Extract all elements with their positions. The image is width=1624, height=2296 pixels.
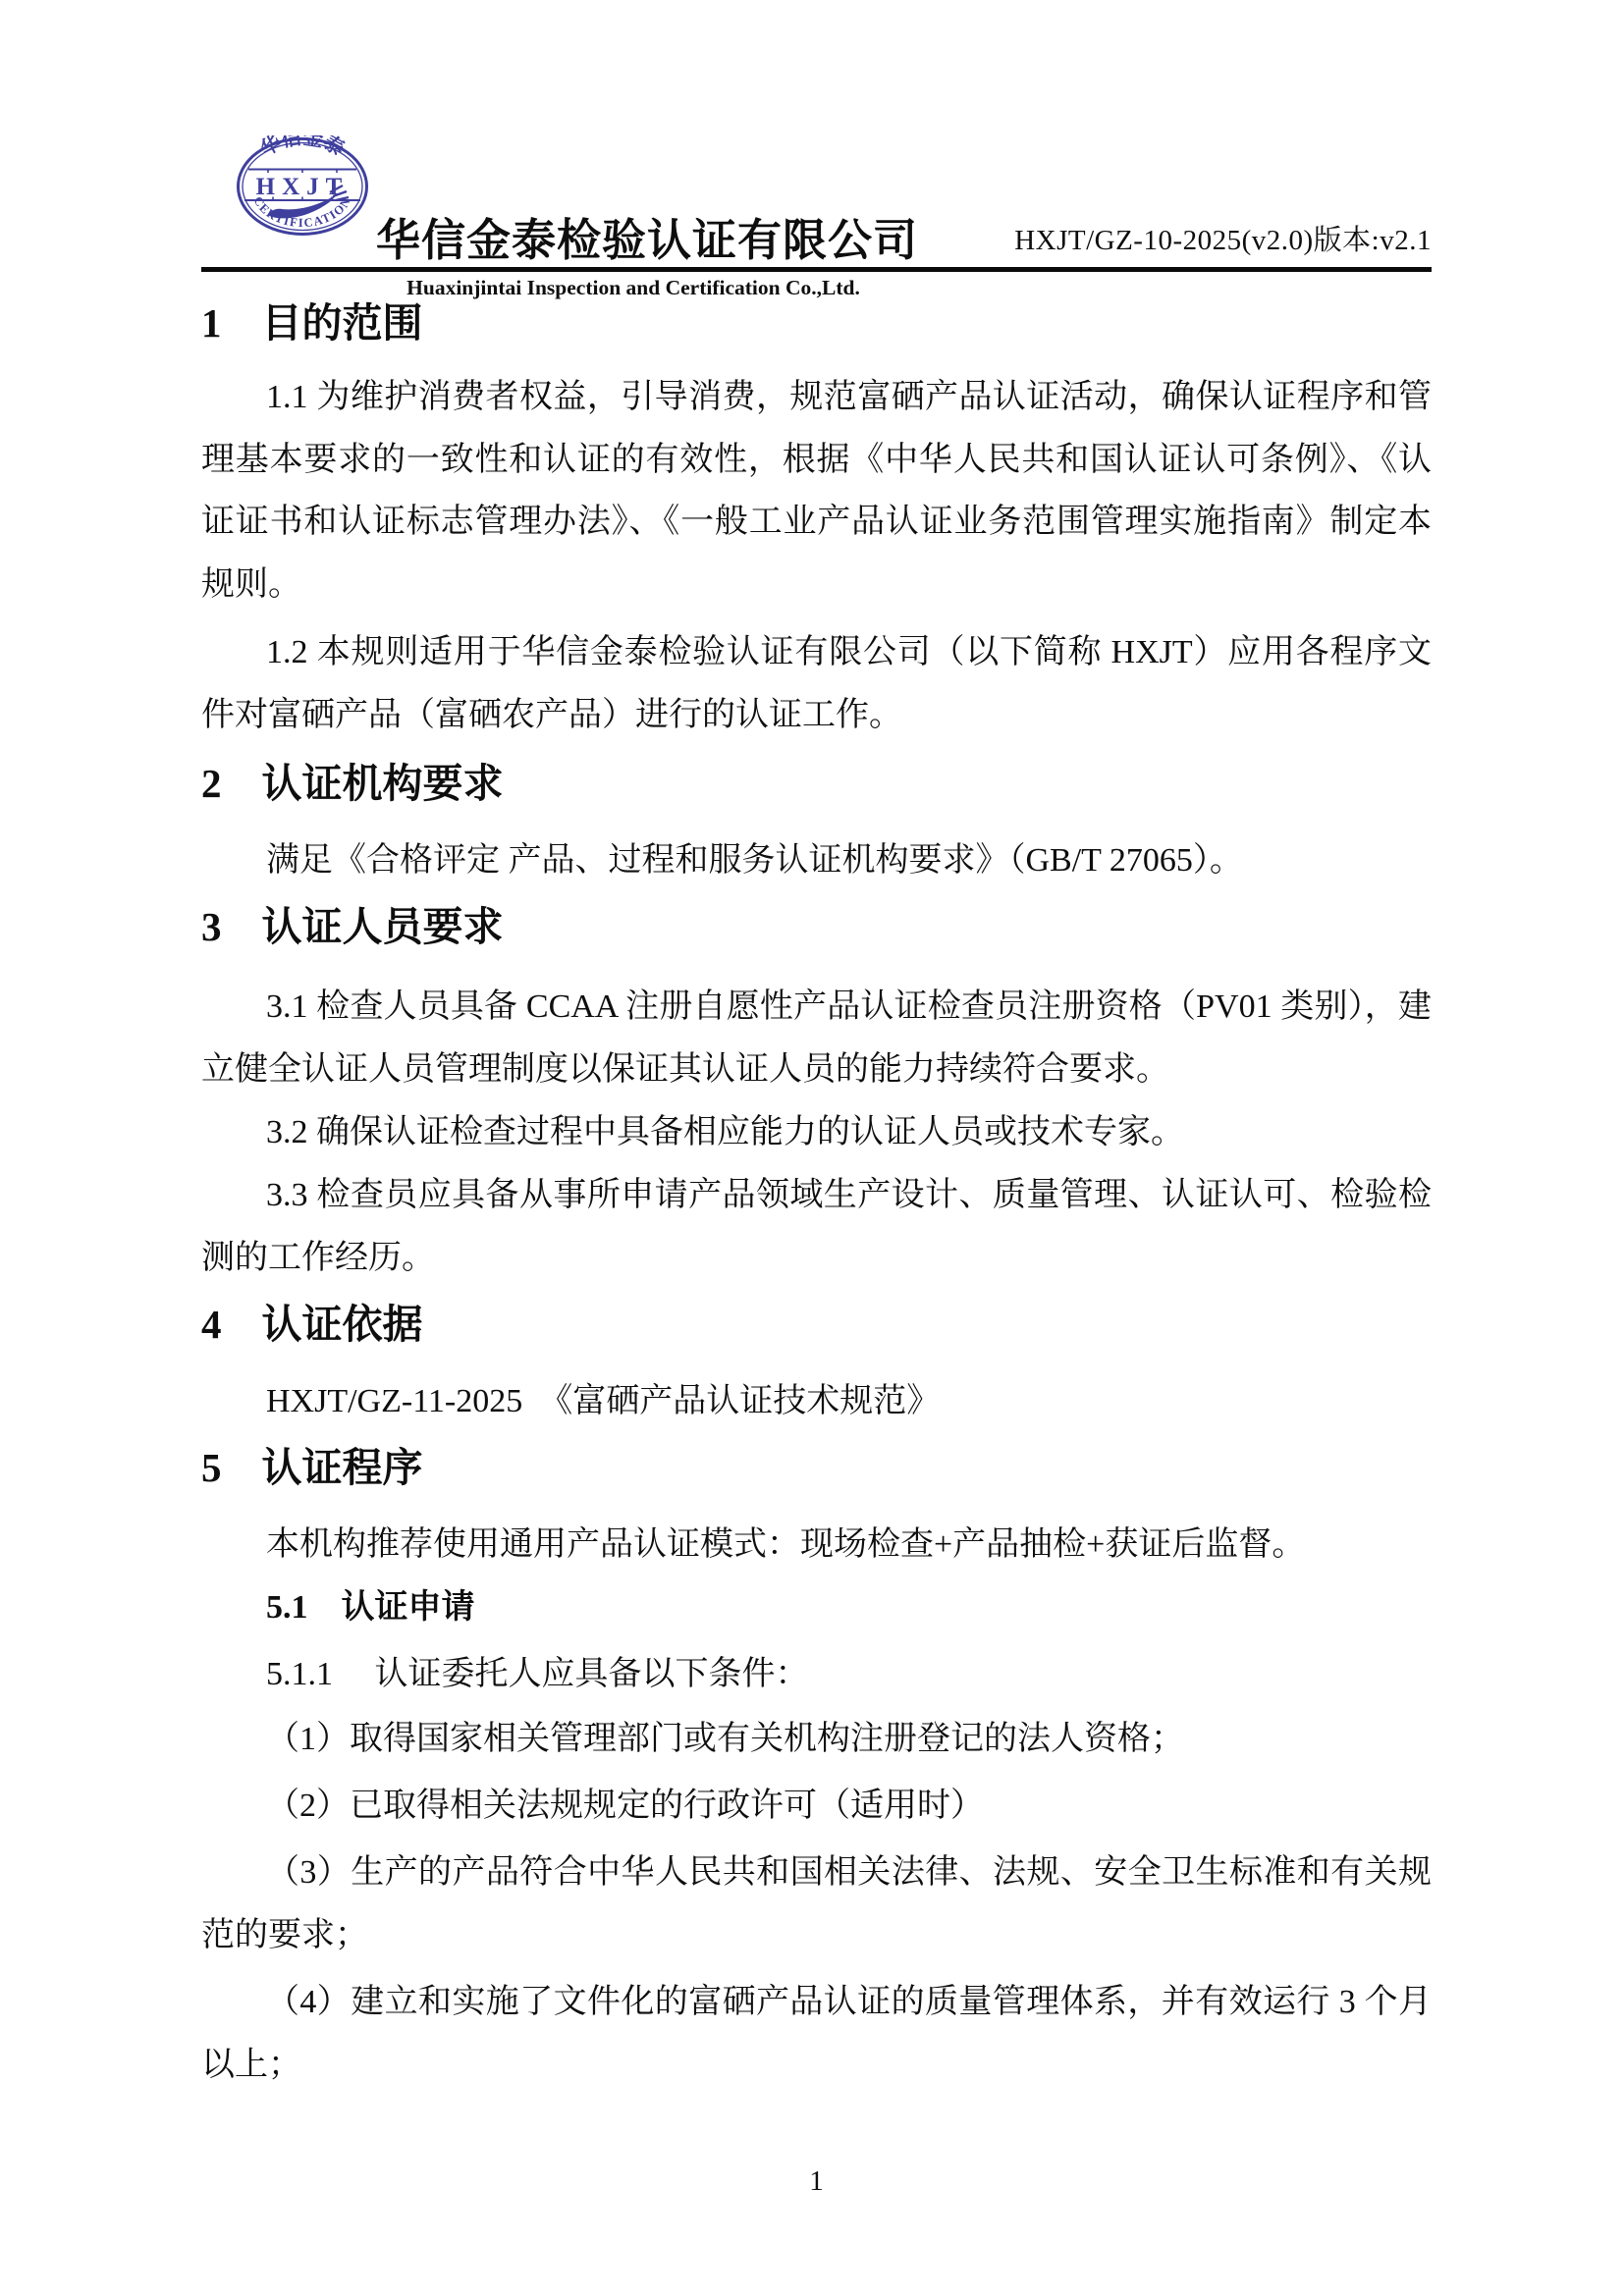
list-item-3: （3）生产的产品符合中华人民共和国相关法律、法规、安全卫生标准和有关规范的要求； <box>201 1842 1432 1966</box>
para-1-1: 1.1 为维护消费者权益，引导消费，规范富硒产品认证活动，确保认证程序和管理基本… <box>201 366 1432 615</box>
company-name-cn: 华信金泰检验认证有限公司 <box>376 204 926 268</box>
list-item-1: （1）取得国家相关管理部门或有关机构注册登记的法人资格； <box>201 1708 1432 1771</box>
heading-5-cert-procedure: 5 认证程序 <box>201 1439 1432 1496</box>
para-1-2: 1.2 本规则适用于华信金泰检验认证有限公司（以下简称 HXJT）应用各程序文件… <box>201 621 1432 746</box>
hxjt-badge-icon: 华信金泰 HXJT CERTIFICATION <box>236 135 370 238</box>
para-5-intro: 本机构推荐使用通用产品认证模式：现场检查+产品抽检+获证后监督。 <box>201 1514 1432 1576</box>
heading-2-cert-body-reqs: 2 认证机构要求 <box>201 755 1432 812</box>
para-3-3: 3.3 检查员应具备从事所申请产品领域生产设计、质量管理、认证认可、检验检测的工… <box>201 1164 1432 1289</box>
page-number: 1 <box>201 2165 1432 2198</box>
document-page: 华信金泰 HXJT CERTIFICATION 华信金泰检验认证有限公司 HXJ… <box>0 0 1624 2296</box>
para-5-1-1: 5.1.1 认证委托人应具备以下条件： <box>201 1643 1432 1706</box>
para-2-1: 满足《合格评定 产品、过程和服务认证机构要求》（GB/T 27065）。 <box>201 829 1432 892</box>
heading-5-1-application: 5.1 认证申请 <box>201 1578 1432 1637</box>
heading-4-cert-basis: 4 认证依据 <box>201 1296 1432 1353</box>
document-number: HXJT/GZ-10-2025(v2.0)版本:v2.1 <box>882 218 1432 258</box>
para-3-2: 3.2 确保认证检查过程中具备相应能力的认证人员或技术专家。 <box>201 1101 1432 1164</box>
list-item-4: （4）建立和实施了文件化的富硒产品认证的质量管理体系，并有效运行 3 个月以上； <box>201 1971 1432 2096</box>
header-rule <box>201 267 1432 272</box>
para-3-1: 3.1 检查人员具备 CCAA 注册自愿性产品认证检查员注册资格（PV01 类别… <box>201 976 1432 1100</box>
heading-3-personnel-reqs: 3 认证人员要求 <box>201 898 1432 955</box>
heading-1-purpose-scope: 1 目的范围 <box>201 294 1432 351</box>
list-item-2: （2）已取得相关法规规定的行政许可（适用时） <box>201 1775 1432 1838</box>
company-logo: 华信金泰 HXJT CERTIFICATION <box>236 135 370 238</box>
para-4-1: HXJT/GZ-11-2025 《富硒产品认证技术规范》 <box>201 1370 1432 1433</box>
